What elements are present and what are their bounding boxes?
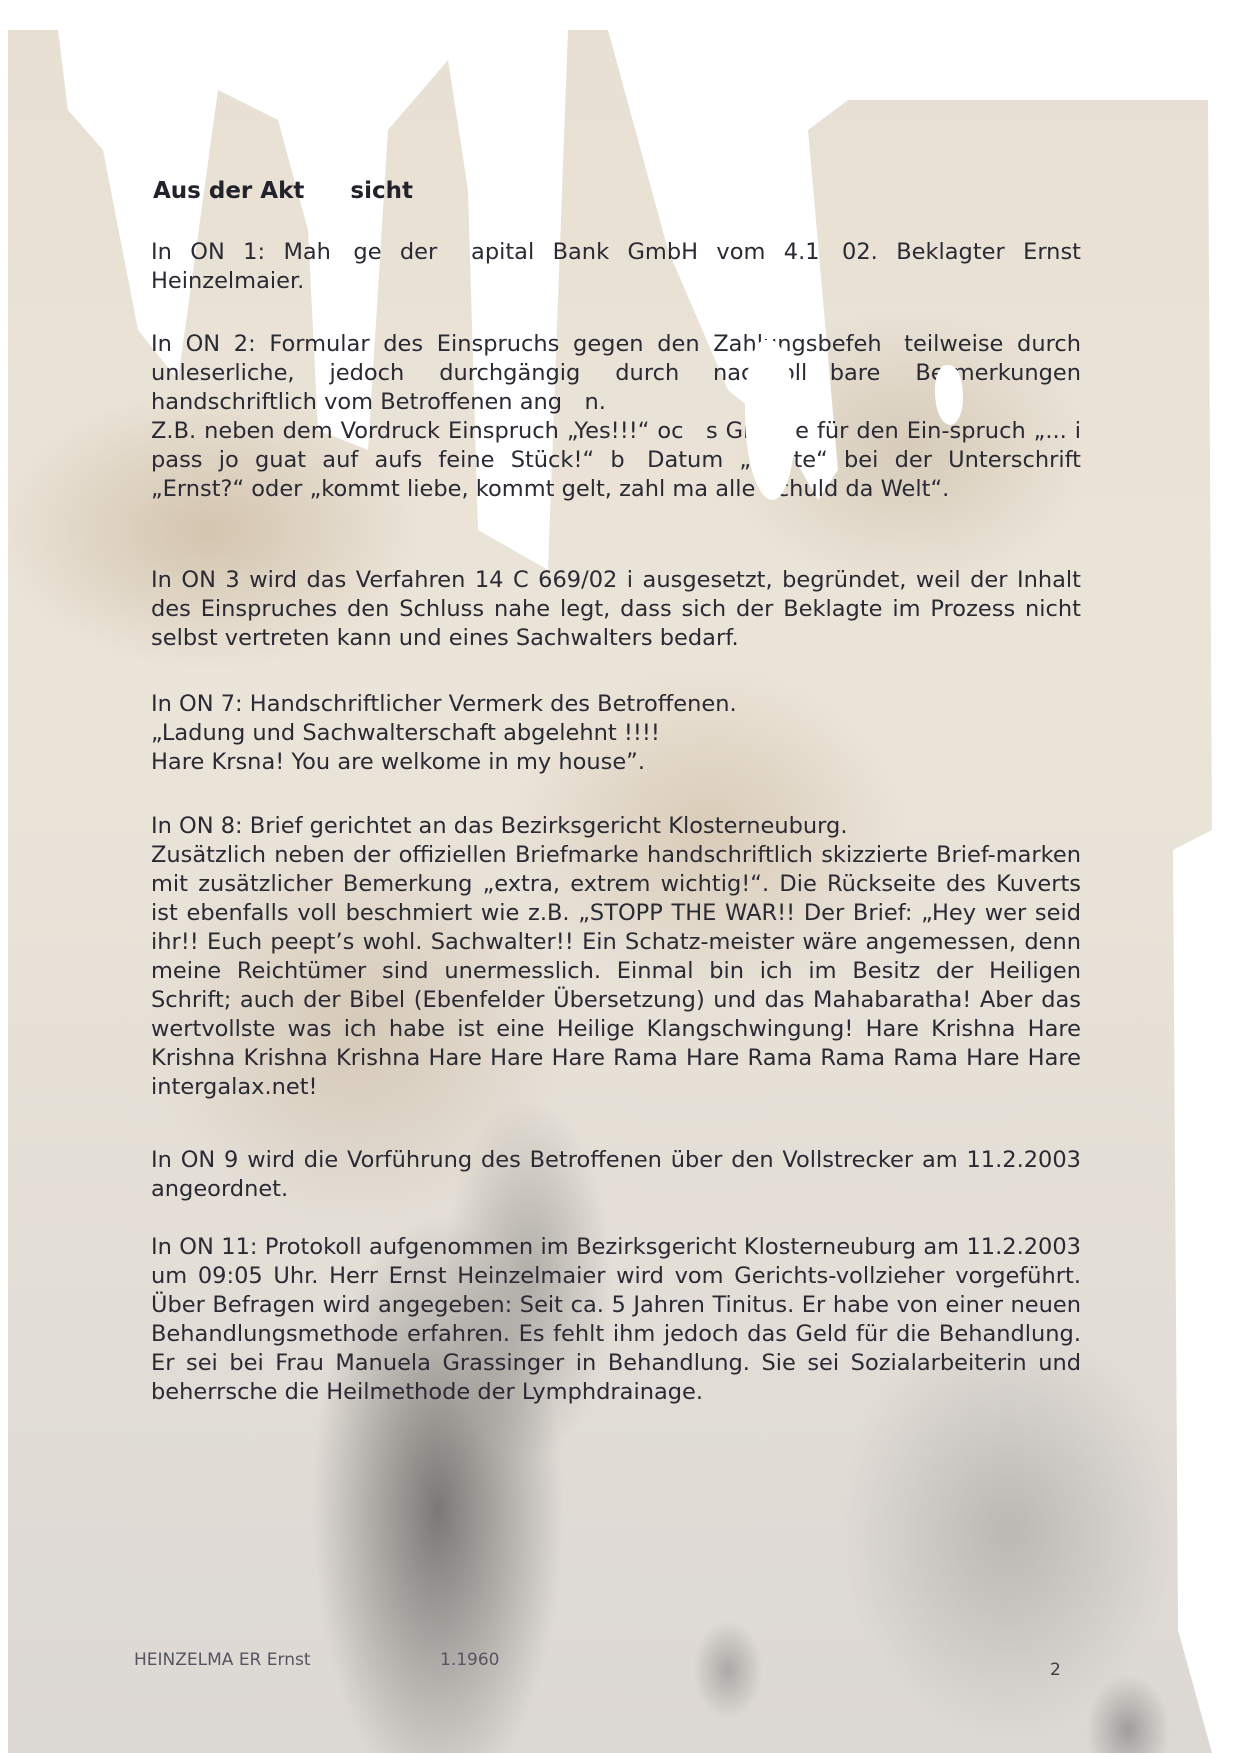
page-number: 2 [1050,1660,1061,1680]
section-on11: In ON 11: Protokoll aufgenommen im Bezir… [151,1233,1081,1407]
section-on8-line1: In ON 8: Brief gerichtet an das Bezirksg… [151,812,1081,841]
section-on7: In ON 7: Handschriftlicher Vermerk des B… [151,690,1081,777]
footer-name: HEINZELMA ER Ernst [134,1650,311,1670]
section-on1: In ON 1: Mah ge der apital Bank GmbH vom… [151,238,1081,296]
footer-date: 1.1960 [440,1650,499,1670]
section-on8: In ON 8: Brief gerichtet an das Bezirksg… [151,812,1081,1102]
section-on3: In ON 3 wird das Verfahren 14 C 669/02 i… [151,566,1081,653]
section-on9-text: In ON 9 wird die Vorführung des Betroffe… [151,1146,1081,1204]
section-on7-line3: Hare Krsna! You are welkome in my house”… [151,748,1081,777]
section-on8-text: Zusätzlich neben der offiziellen Briefma… [151,841,1081,1102]
section-on2-example: Z.B. neben dem Vordruck Einspruch „Yes!!… [151,417,1081,504]
section-on7-line2: „Ladung und Sachwalterschaft abgelehnt !… [151,719,1081,748]
section-on11-text: In ON 11: Protokoll aufgenommen im Bezir… [151,1233,1081,1407]
document-title: Aus der Akt sicht [153,178,413,204]
paper-hole [935,365,963,425]
section-on1-text: In ON 1: Mah ge der apital Bank GmbH vom… [151,238,1081,296]
section-on9: In ON 9 wird die Vorführung des Betroffe… [151,1146,1081,1204]
section-on7-line1: In ON 7: Handschriftlicher Vermerk des B… [151,690,1081,719]
section-on3-text: In ON 3 wird das Verfahren 14 C 669/02 i… [151,566,1081,653]
